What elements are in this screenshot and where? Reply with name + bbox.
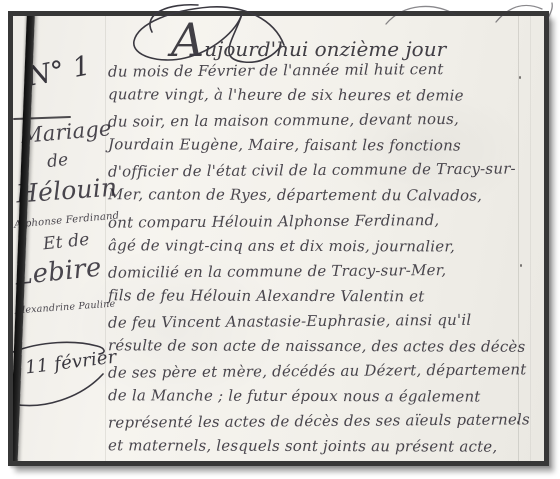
handwritten-line: Jourdain Eugène, Maire, faisant les fonc… [108,136,533,163]
fold-crease [105,16,106,461]
handwritten-line: de feu Vincent Anastasie-Euphrasie, ains… [108,310,533,338]
page-top-writing-fragment [378,0,554,26]
margin-record-type: Mariage [20,116,112,148]
document-frame: N° 1 Mariage de Hélouin Alphonse Ferdina… [8,11,549,466]
margin-bride-firstnames: Alexandrine Pauline [15,299,116,317]
handwritten-line: de la Manche ; le futur époux nous a éga… [108,386,533,413]
handwritten-line: du soir, en la maison commune, devant no… [108,110,533,138]
body-text-column: du mois de Février de l'année mil huit c… [108,61,533,461]
act-number: N° 1 [25,50,93,93]
handwritten-line: âgé de vingt-cinq ans et dix mois, journ… [108,236,533,263]
handwritten-line: de ses père et mère, décédés au Dézert, … [108,360,533,388]
handwritten-line: et maternels, lesquels sont joints au pr… [108,437,533,461]
scanned-document: N° 1 Mariage de Hélouin Alphonse Ferdina… [0,0,560,479]
handwritten-line: domicilié en la commune de Tracy-sur-Mer… [108,260,533,288]
margin-conjunction: Et de [42,230,90,255]
margin-bride-surname: Lebire [14,253,103,292]
document-page: N° 1 Mariage de Hélouin Alphonse Ferdina… [13,16,544,461]
date-flourish-top [13,338,109,356]
handwritten-line: Mer, canton de Ryes, département du Calv… [108,186,533,213]
date-flourish-bottom [13,372,105,416]
calligraphic-flourish [122,1,294,65]
handwritten-line: ont comparu Hélouin Alphonse Ferdinand, [108,210,533,238]
margin-groom-surname: Hélouin [15,173,118,209]
handwritten-line: résulte de son acte de naissance, des ac… [108,336,533,363]
margin-groom-firstnames: Alphonse Ferdinand [14,210,120,230]
handwritten-line: d'officier de l'état civil de la commune… [108,160,533,188]
handwritten-line: fils de feu Hélouin Alexandre Valentin e… [108,286,533,313]
margin-preposition: de [46,150,69,172]
handwritten-line: représenté les actes de décès des ses aï… [108,411,533,439]
handwritten-line: quatre vingt, à l'heure de six heures et… [108,85,533,112]
